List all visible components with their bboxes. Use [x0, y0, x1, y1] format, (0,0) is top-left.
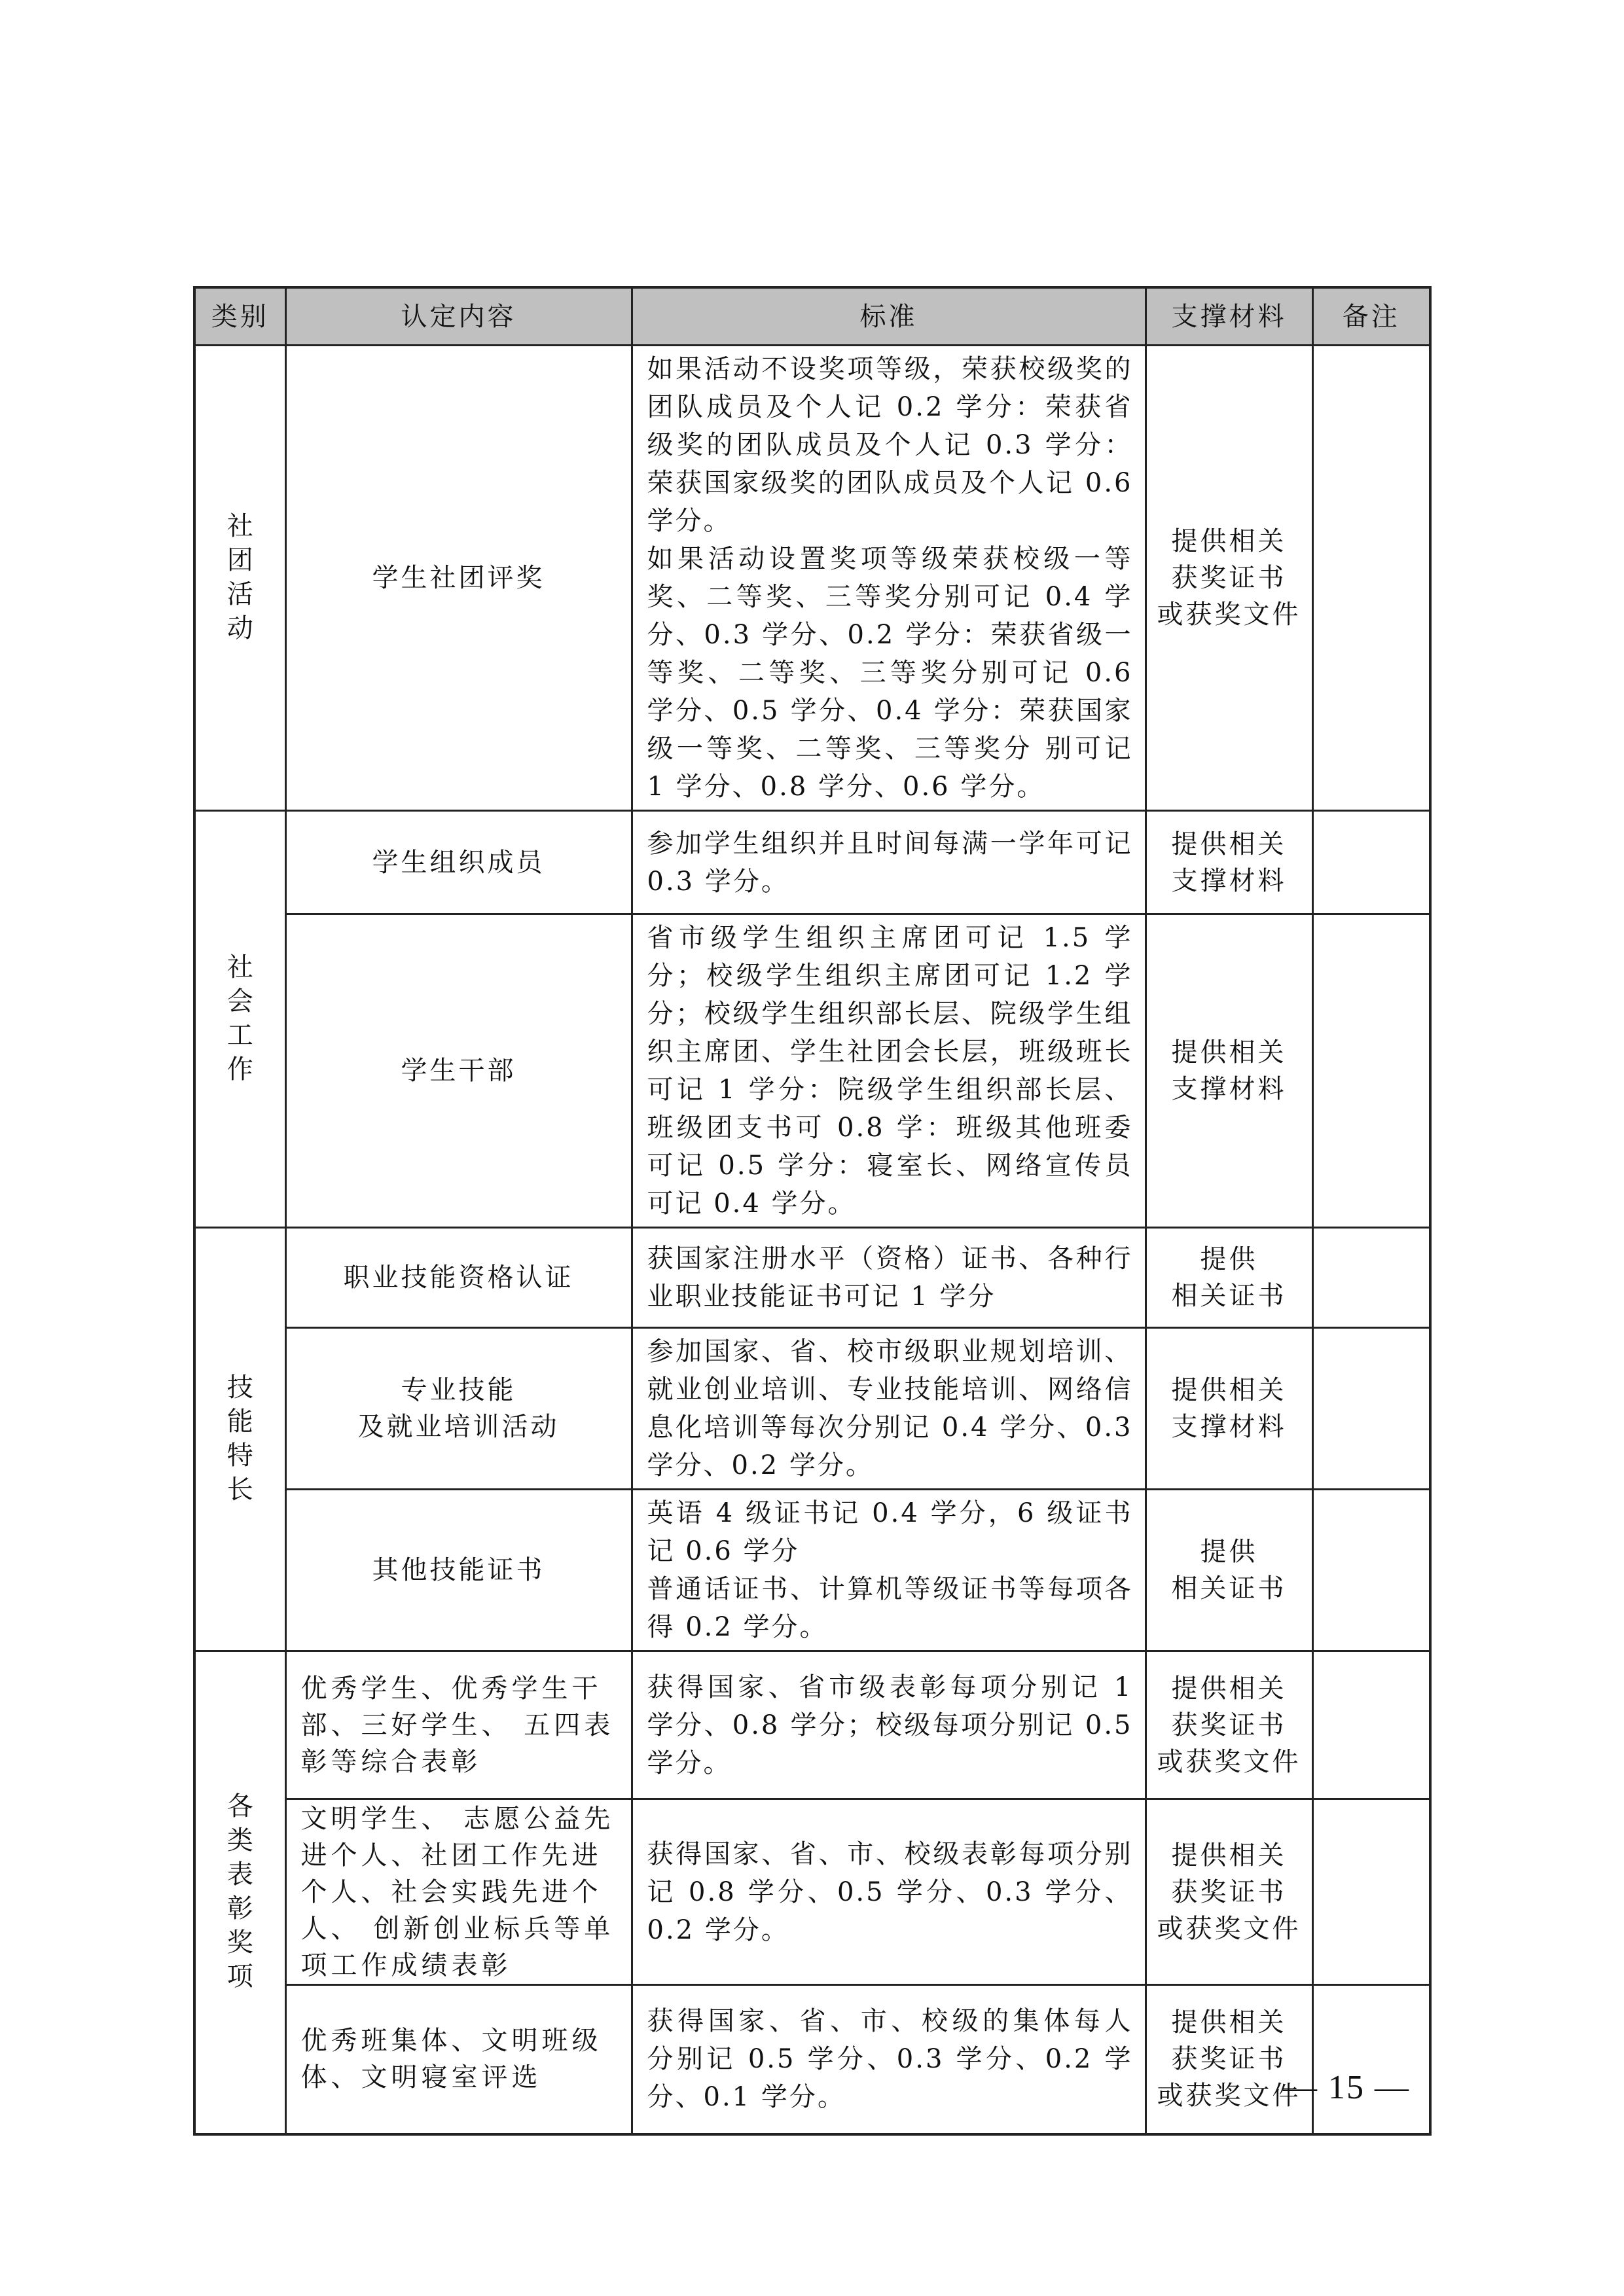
header-content: 认定内容 [285, 287, 632, 346]
table-row: 学生干部 省市级学生组织主席团可记 1.5 学分；校级学生组织主席团可记 1.2… [194, 914, 1430, 1228]
header-note: 备注 [1312, 287, 1430, 346]
content-cell: 优秀学生、优秀学生干部、三好学生、 五四表彰等综合表彰 [285, 1651, 632, 1799]
content-cell: 学生组织成员 [285, 811, 632, 914]
material-cell: 提供 相关证书 [1146, 1228, 1312, 1328]
content-cell: 职业技能资格认证 [285, 1228, 632, 1328]
note-cell [1312, 1490, 1430, 1651]
content-cell: 文明学生、 志愿公益先进个人、社团工作先进个人、社会实践先进个人、 创新创业标兵… [285, 1799, 632, 1985]
table-row: 各类表彰奖项 优秀学生、优秀学生干部、三好学生、 五四表彰等综合表彰 获得国家、… [194, 1651, 1430, 1799]
content-cell: 学生社团评奖 [285, 346, 632, 811]
category-cell: 社团活动 [194, 346, 285, 811]
content-cell: 优秀班集体、文明班级体、文明寝室评选 [285, 1985, 632, 2134]
material-cell: 提供 相关证书 [1146, 1490, 1312, 1651]
material-cell: 提供相关 获奖证书 或获奖文件 [1146, 1799, 1312, 1985]
table-row: 社会工作 学生组织成员 参加学生组织并且时间每满一学年可记 0.3 学分。 提供… [194, 811, 1430, 914]
note-cell [1312, 1985, 1430, 2134]
material-cell: 提供相关 支撑材料 [1146, 811, 1312, 914]
credit-criteria-table: 类别 认定内容 标准 支撑材料 备注 社团活动 学生社团评奖 如果活动不设奖项等… [193, 286, 1432, 2136]
table-row: 专业技能 及就业培训活动 参加国家、省、校市级职业规划培训、就业创业培训、专业技… [194, 1328, 1430, 1490]
content-cell: 专业技能 及就业培训活动 [285, 1328, 632, 1490]
content-cell: 学生干部 [285, 914, 632, 1228]
category-label: 社团活动 [226, 509, 255, 645]
content-cell: 其他技能证书 [285, 1490, 632, 1651]
category-label: 技能特长 [226, 1371, 255, 1507]
note-cell [1312, 1651, 1430, 1799]
table-header-row: 类别 认定内容 标准 支撑材料 备注 [194, 287, 1430, 346]
category-cell: 社会工作 [194, 811, 285, 1228]
note-cell [1312, 1328, 1430, 1490]
table-row: 文明学生、 志愿公益先进个人、社团工作先进个人、社会实践先进个人、 创新创业标兵… [194, 1799, 1430, 1985]
note-cell [1312, 1799, 1430, 1985]
standard-cell: 获得国家、省、市、校级的集体每人 分别记 0.5 学分、0.3 学分、0.2 学… [632, 1985, 1146, 2134]
material-cell: 提供相关 支撑材料 [1146, 1328, 1312, 1490]
standard-cell: 获得国家、省市级表彰每项分别记 1 学分、0.8 学分；校级每项分别记 0.5 … [632, 1651, 1146, 1799]
note-cell [1312, 346, 1430, 811]
table-row: 社团活动 学生社团评奖 如果活动不设奖项等级，荣获校级奖的团队成员及个人记 0.… [194, 346, 1430, 811]
standard-cell: 如果活动不设奖项等级，荣获校级奖的团队成员及个人记 0.2 学分：荣获省级奖的团… [632, 346, 1146, 811]
table-row: 技能特长 职业技能资格认证 获国家注册水平（资格）证书、各种行业职业技能证书可记… [194, 1228, 1430, 1328]
standard-cell: 参加学生组织并且时间每满一学年可记 0.3 学分。 [632, 811, 1146, 914]
note-cell [1312, 811, 1430, 914]
standard-cell: 省市级学生组织主席团可记 1.5 学分；校级学生组织主席团可记 1.2 学分；校… [632, 914, 1146, 1228]
standard-cell: 英语 4 级证书记 0.4 学分，6 级证书记 0.6 学分 普通话证书、计算机… [632, 1490, 1146, 1651]
material-cell: 提供相关 获奖证书 或获奖文件 [1146, 1651, 1312, 1799]
category-label: 社会工作 [226, 950, 255, 1086]
standard-cell: 参加国家、省、校市级职业规划培训、就业创业培训、专业技能培训、网络信息化培训等每… [632, 1328, 1146, 1490]
category-cell: 技能特长 [194, 1228, 285, 1651]
category-label: 各类表彰奖项 [226, 1789, 255, 1994]
header-material: 支撑材料 [1146, 287, 1312, 346]
standard-cell: 获得国家、省、市、校级表彰每项分别记 0.8 学分、0.5 学分、0.3 学分、… [632, 1799, 1146, 1985]
material-cell: 提供相关 获奖证书 或获奖文件 [1146, 1985, 1312, 2134]
material-cell: 提供相关 获奖证书 或获奖文件 [1146, 346, 1312, 811]
header-category: 类别 [194, 287, 285, 346]
note-cell [1312, 914, 1430, 1228]
table-row: 其他技能证书 英语 4 级证书记 0.4 学分，6 级证书记 0.6 学分 普通… [194, 1490, 1430, 1651]
material-cell: 提供相关 支撑材料 [1146, 914, 1312, 1228]
header-standard: 标准 [632, 287, 1146, 346]
table-row: 优秀班集体、文明班级体、文明寝室评选 获得国家、省、市、校级的集体每人 分别记 … [194, 1985, 1430, 2134]
note-cell [1312, 1228, 1430, 1328]
standard-cell: 获国家注册水平（资格）证书、各种行业职业技能证书可记 1 学分 [632, 1228, 1146, 1328]
page-number: — 15 — [1283, 2068, 1410, 2107]
category-cell: 各类表彰奖项 [194, 1651, 285, 2134]
